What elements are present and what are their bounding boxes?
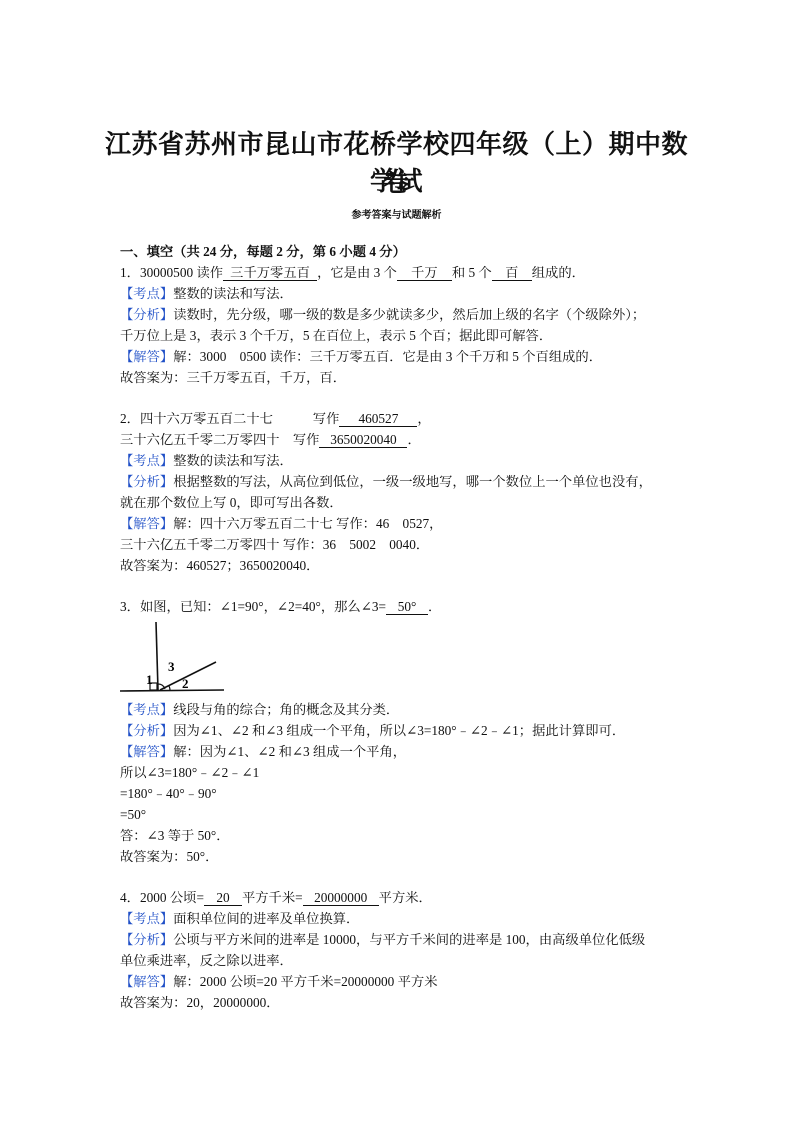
q3-step1: 所以∠3=180°﹣∠2﹣∠1 [120, 764, 259, 782]
q3-answer: 答：∠3 等于 50°． [120, 827, 230, 845]
q4-blank-2: 20000000 [303, 890, 379, 906]
q1-fenxi-text-1: 读数时，先分级，哪一级的数是多少就读多少，然后加上级的名字（个级除外）； [173, 307, 645, 322]
q2-kaodian: 【考点】整数的读法和写法． [120, 452, 293, 470]
q1-kaodian-text: 整数的读法和写法． [173, 286, 293, 301]
q2-blank-2: 3650020040 [319, 432, 407, 448]
kaodian-tag: 【考点】 [120, 286, 173, 301]
q2-end-2: ． [407, 432, 420, 447]
jieda-tag: 【解答】 [120, 349, 173, 364]
q1-text-4: 组成的． [532, 265, 585, 280]
q4-text-3: 平方米． [379, 890, 432, 905]
fenxi-tag: 【分析】 [120, 932, 173, 947]
q2-fenxi-text-1: 根据整数的写法，从高位到低位，一级一级地写，哪一个数位上一个单位也没有， [173, 474, 652, 489]
q3-blank: 50° [386, 599, 428, 615]
kaodian-tag: 【考点】 [120, 911, 173, 926]
doc-subtitle: 参考答案与试题解析 [100, 206, 693, 221]
q3-final: 故答案为：50°． [120, 848, 218, 866]
q1-jieda-text: 解：3000 0500 读作：三千万零五百．它是由 3 个千万和 5 个百组成的… [173, 349, 602, 364]
q4-fenxi: 【分析】公顷与平方米间的进率是 10000，与平方千米间的进率是 100，由高级… [120, 931, 645, 949]
q3-fenxi-text: 因为∠1、∠2 和∠3 组成一个平角，所以∠3=180°﹣∠2﹣∠1；据此计算即… [173, 723, 625, 738]
q3-end: ． [428, 599, 441, 614]
q1-final: 故答案为：三千万零五百，千万，百． [120, 369, 346, 387]
q2-end-1: ， [417, 411, 430, 426]
q4-final: 故答案为：20，20000000． [120, 994, 280, 1012]
angle-figure: 1 3 2 [118, 620, 228, 696]
q3-step2: =180°﹣40°﹣90° [120, 785, 217, 803]
q4-fenxi-cont: 单位乘进率，反之除以进率． [120, 952, 293, 970]
q1-jieda: 【解答】解：3000 0500 读作：三千万零五百．它是由 3 个千万和 5 个… [120, 348, 602, 366]
q4-question: 4．2000 公顷=20平方千米=20000000平方米． [120, 889, 432, 907]
fenxi-tag: 【分析】 [120, 474, 173, 489]
q3-question: 3．如图，已知：∠1=90°，∠2=40°，那么∠3=50°． [120, 598, 441, 616]
q3-fenxi: 【分析】因为∠1、∠2 和∠3 组成一个平角，所以∠3=180°﹣∠2﹣∠1；据… [120, 722, 625, 740]
q3-kaodian: 【考点】线段与角的综合；角的概念及其分类． [120, 701, 399, 719]
q2-fenxi: 【分析】根据整数的写法，从高位到低位，一级一级地写，哪一个数位上一个单位也没有， [120, 473, 652, 491]
q1-text-3: 和 5 个 [452, 265, 492, 280]
jieda-tag: 【解答】 [120, 744, 173, 759]
doc-title-line2: 卷 [100, 162, 693, 199]
q3-kaodian-text: 线段与角的综合；角的概念及其分类． [173, 702, 399, 717]
document-page: 江苏省苏州市昆山市花桥学校四年级（上）期中数学试 卷 参考答案与试题解析 一、填… [0, 0, 793, 1122]
q3-jieda-text: 解：因为∠1、∠2 和∠3 组成一个平角， [173, 744, 406, 759]
q1-question: 1．30000500 读作三千万零五百，它是由 3 个千万和 5 个百组成的． [120, 264, 585, 282]
q1-text-2: ，它是由 3 个 [317, 265, 397, 280]
q4-blank-1: 20 [204, 890, 242, 906]
q1-blank-3: 百 [492, 265, 532, 281]
q3-text: 3．如图，已知：∠1=90°，∠2=40°，那么∠3= [120, 599, 386, 614]
angle-label-3: 3 [168, 659, 175, 674]
q1-blank-1: 三千万零五百 [223, 265, 317, 281]
q1-blank-2: 千万 [397, 265, 452, 281]
q2-fenxi-cont: 就在那个数位上写 0，即可写出各数． [120, 494, 343, 512]
q1-fenxi-cont: 千万位上是 3，表示 3 个千万，5 在百位上，表示 5 个百；据此即可解答． [120, 327, 552, 345]
section-heading: 一、填空（共 24 分，每题 2 分，第 6 小题 4 分） [120, 243, 406, 261]
q4-text-1: 4．2000 公顷= [120, 890, 204, 905]
fenxi-tag: 【分析】 [120, 307, 173, 322]
q4-text-2: 平方千米= [242, 890, 303, 905]
angle-label-1: 1 [146, 672, 153, 687]
angle-label-2: 2 [182, 676, 189, 691]
fenxi-tag: 【分析】 [120, 723, 173, 738]
q2-final: 故答案为：460527；3650020040． [120, 557, 319, 575]
q2-text-2: 三十六亿五千零二万零四十 写作 [120, 432, 319, 447]
q4-kaodian-text: 面积单位间的进率及单位换算． [173, 911, 359, 926]
kaodian-tag: 【考点】 [120, 702, 173, 717]
jieda-tag: 【解答】 [120, 974, 173, 989]
q2-line2: 三十六亿五千零二万零四十 写作3650020040． [120, 431, 421, 449]
q2-kaodian-text: 整数的读法和写法． [173, 453, 293, 468]
q4-kaodian: 【考点】面积单位间的进率及单位换算． [120, 910, 359, 928]
q2-blank-1: 460527 [339, 411, 417, 427]
kaodian-tag: 【考点】 [120, 453, 173, 468]
q2-jieda: 【解答】解：四十六万零五百二十七 写作：46 0527， [120, 515, 442, 533]
q1-text-1: 1．30000500 读作 [120, 265, 223, 280]
q4-jieda: 【解答】解：2000 公顷=20 平方千米=20000000 平方米 [120, 973, 438, 991]
q2-jieda-cont: 三十六亿五千零二万零四十 写作：36 5002 0040． [120, 536, 429, 554]
jieda-tag: 【解答】 [120, 516, 173, 531]
q2-line1: 2．四十六万零五百二十七 写作460527， [120, 410, 431, 428]
q2-jieda-text-1: 解：四十六万零五百二十七 写作：46 0527， [173, 516, 442, 531]
q4-jieda-text: 解：2000 公顷=20 平方千米=20000000 平方米 [173, 974, 437, 989]
q4-fenxi-text-1: 公顷与平方米间的进率是 10000，与平方千米间的进率是 100，由高级单位化低… [173, 932, 645, 947]
q3-step3: =50° [120, 806, 146, 824]
q3-jieda: 【解答】解：因为∠1、∠2 和∠3 组成一个平角， [120, 743, 406, 761]
q1-kaodian: 【考点】整数的读法和写法． [120, 285, 293, 303]
q1-fenxi: 【分析】读数时，先分级，哪一级的数是多少就读多少，然后加上级的名字（个级除外）； [120, 306, 645, 324]
q2-text-1: 2．四十六万零五百二十七 写作 [120, 411, 339, 426]
